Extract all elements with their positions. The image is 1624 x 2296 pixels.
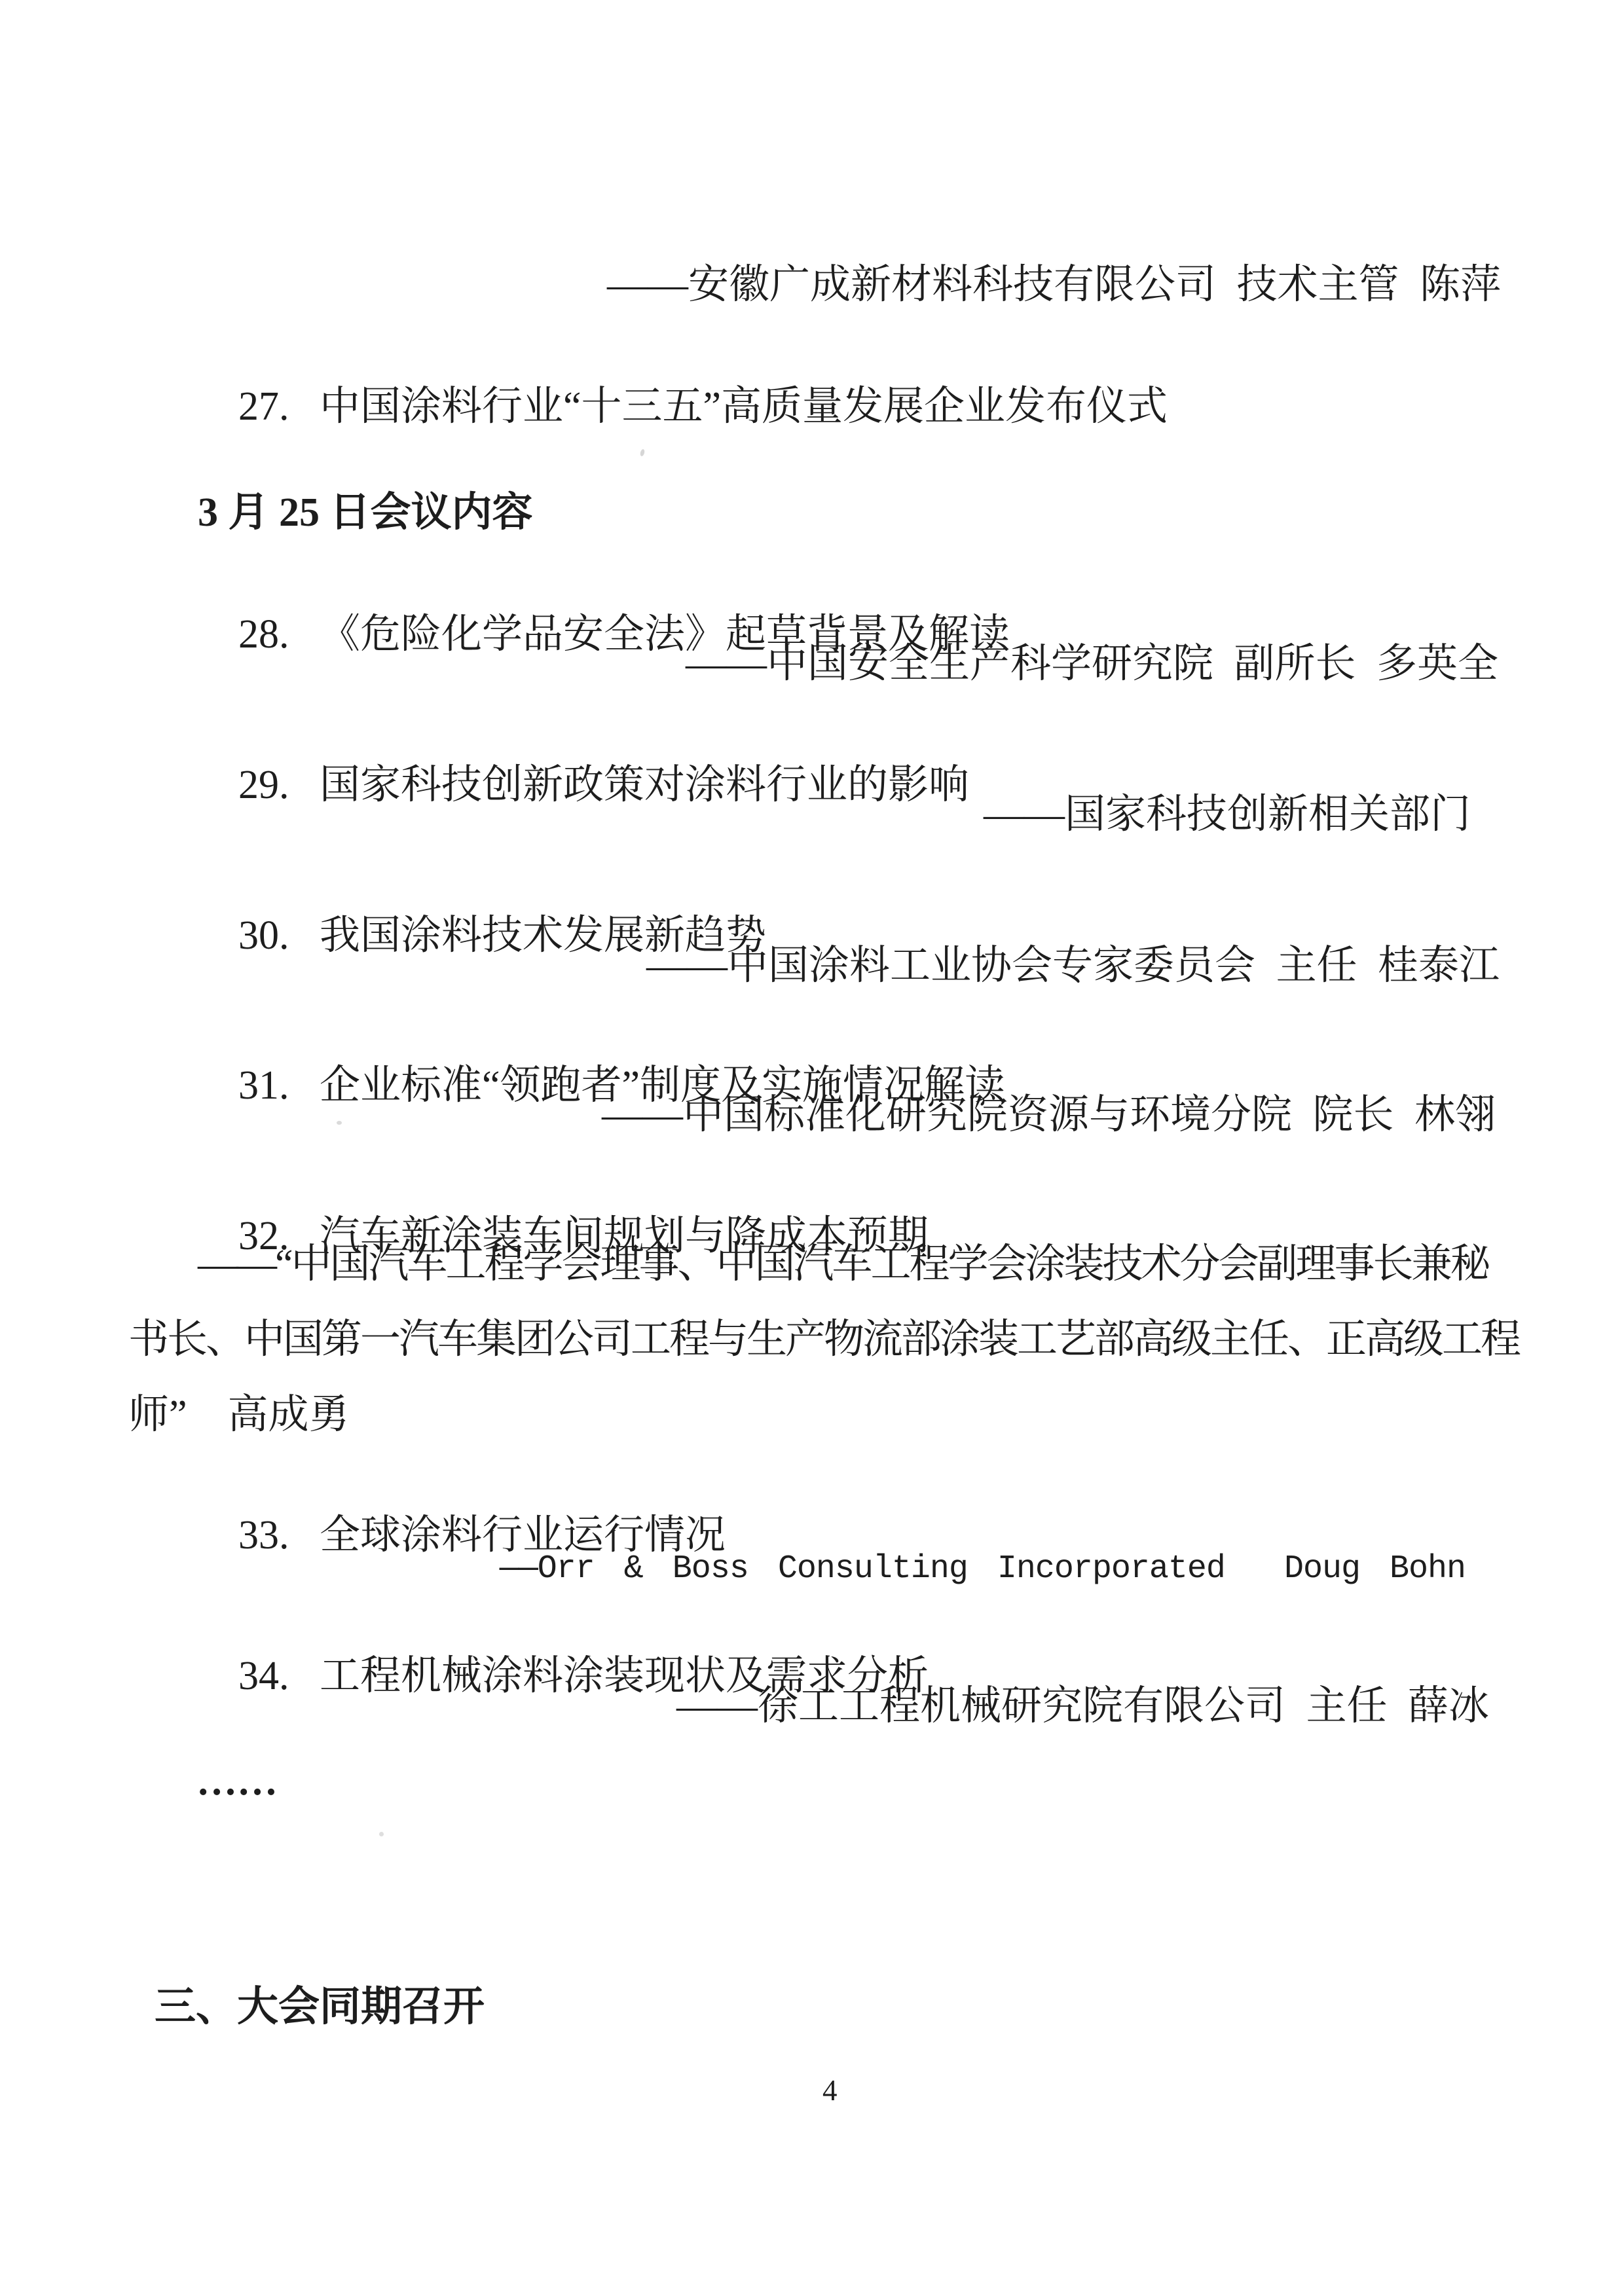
item-number: 34. [238, 1653, 320, 1699]
scan-speck [337, 1121, 342, 1125]
attribution-item32-line3: 师” 高成勇 [128, 1392, 350, 1438]
item-number: 28. [238, 611, 320, 657]
attribution-item29: ——国家科技创新相关部门 [984, 792, 1471, 837]
agenda-item-27: 27.中国涂料行业“十三五”高质量发展企业发布仪式 [198, 338, 1168, 475]
item-title: 国家科技创新政策对涂料行业的影响 [320, 763, 969, 807]
item-number: 33. [238, 1512, 320, 1558]
attribution-item30: ——中国涂料工业协会专家委员会 主任 桂泰江 [646, 943, 1500, 989]
item-number: 30. [238, 913, 320, 958]
attribution-item28: ——中国安全生产科学研究院 副所长 多英全 [686, 641, 1498, 687]
page-number: 4 [822, 2074, 838, 2107]
agenda-ellipsis: …… [196, 1758, 278, 1804]
agenda-item-29: 29.国家科技创新政策对涂料行业的影响 [198, 716, 969, 854]
attribution-item31: ——中国标准化研究院资源与环境分院 院长 林翎 [602, 1092, 1496, 1138]
document-page: ——安徽广成新材料科技有限公司 技术主管 陈萍 27.中国涂料行业“十三五”高质… [0, 0, 1624, 2296]
attribution-item33: ——Orr & Boss Consulting Incorporated Dou… [500, 1546, 1466, 1592]
attribution-item26: ——安徽广成新材料科技有限公司 技术主管 陈萍 [607, 262, 1501, 308]
item-number: 29. [238, 762, 320, 808]
section-heading-march25: 3 月 25 日会议内容 [198, 490, 533, 536]
attribution-item34: ——徐工工程机械研究院有限公司 主任 薛冰 [676, 1683, 1489, 1729]
attribution-item32-line1: ——“中国汽车工程学会理事、中国汽车工程学会涂装技术分会副理事长兼秘 [198, 1241, 1489, 1287]
item-title: 中国涂料行业“十三五”高质量发展企业发布仪式 [320, 384, 1168, 429]
item-number: 27. [238, 384, 320, 429]
scan-speck [379, 1832, 384, 1836]
item-number: 31. [238, 1063, 320, 1108]
section-heading-three: 三、大会同期召开 [155, 1984, 485, 2030]
attribution-item32-line2: 书长、中国第一汽车集团公司工程与生产物流部涂装工艺部高级主任、正高级工程 [128, 1317, 1519, 1362]
